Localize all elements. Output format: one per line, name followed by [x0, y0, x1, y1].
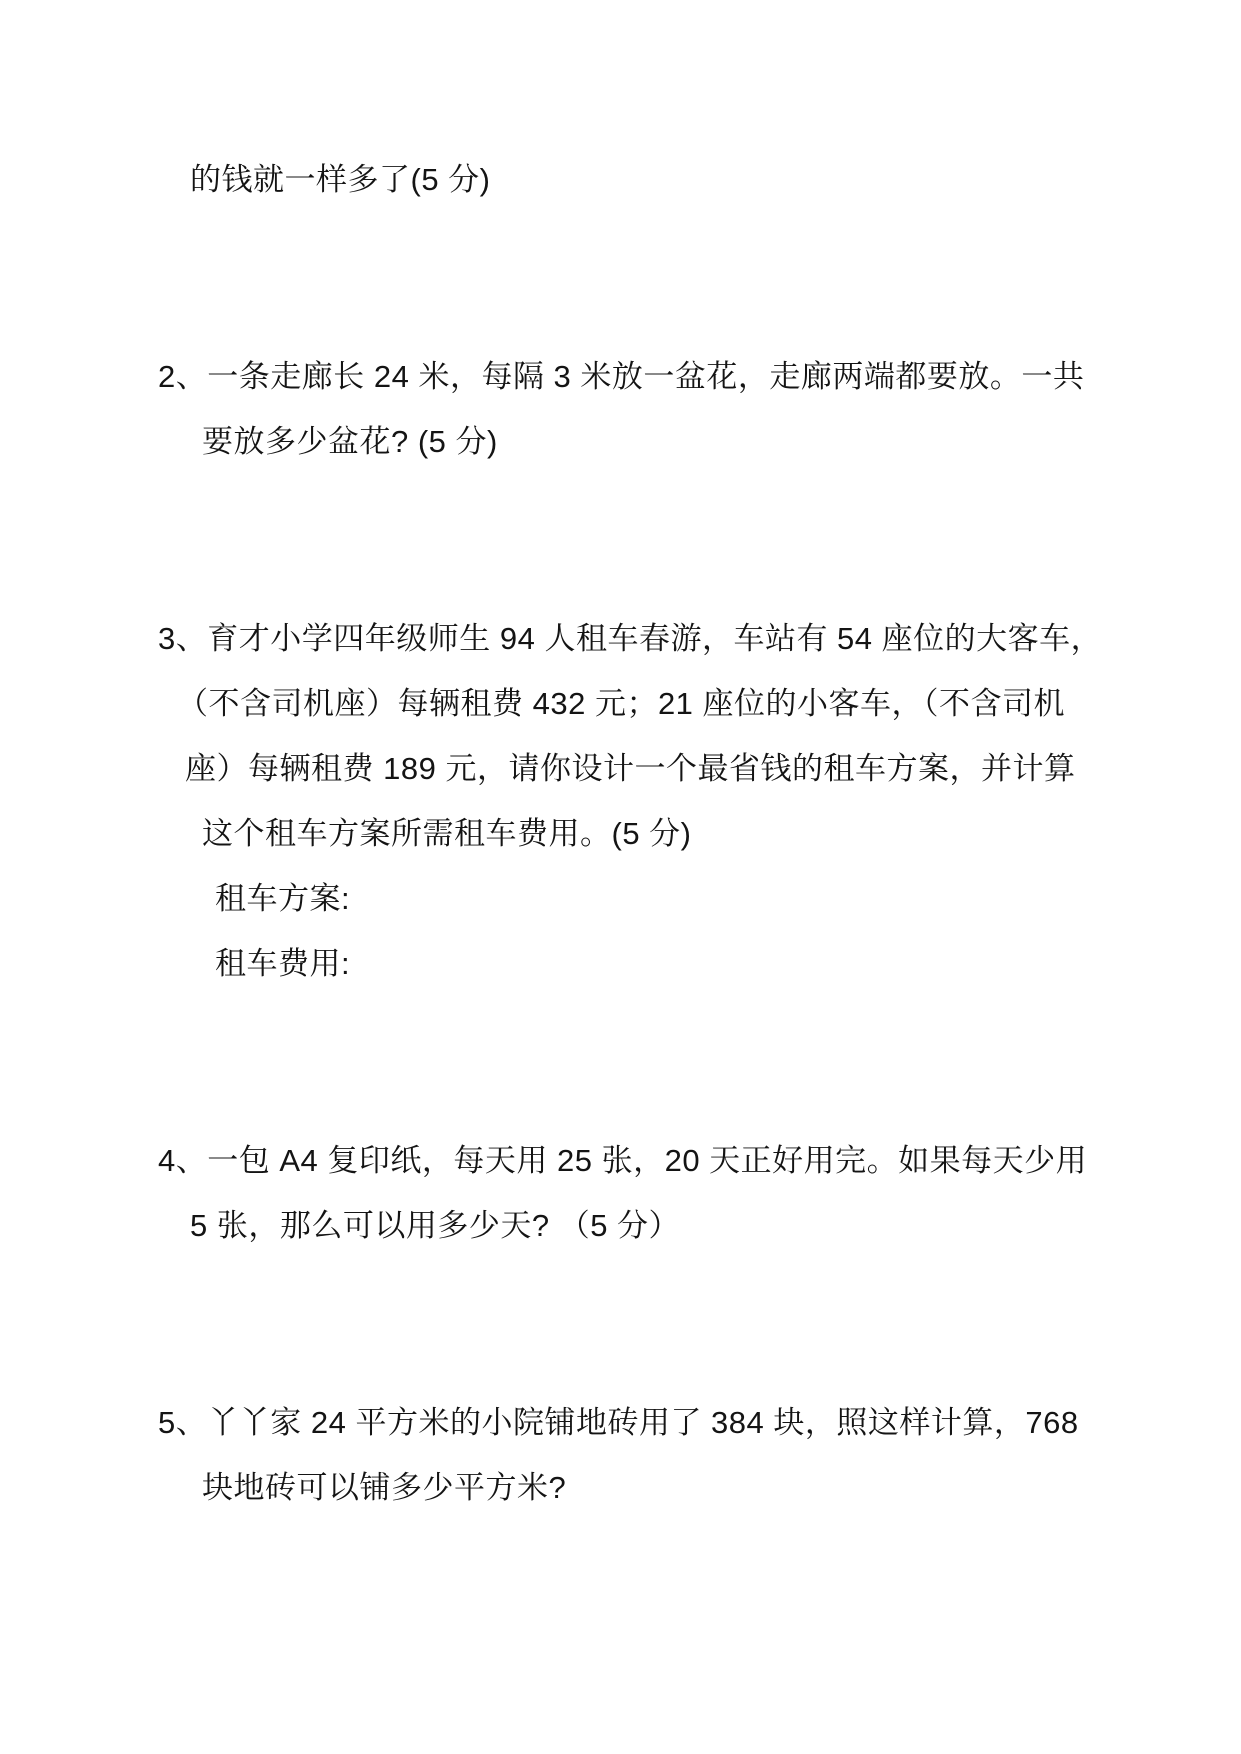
question-3-answer-label-plan: 租车方案:	[215, 866, 1241, 931]
question-3-line-1: 3、育才小学四年级师生 94 人租车春游，车站有 54 座位的大客车，	[158, 606, 1241, 671]
question-3-line-4: 这个租车方案所需租车费用。(5 分)	[202, 801, 1241, 866]
question-3-answer-label-cost: 租车费用:	[215, 931, 1241, 996]
worksheet-page: 的钱就一样多了(5 分) 2、一条走廊长 24 米，每隔 3 米放一盆花，走廊两…	[0, 0, 1241, 1754]
question-4-line-1: 4、一包 A4 复印纸，每天用 25 张，20 天正好用完。如果每天少用	[158, 1128, 1241, 1193]
question-1-tail-line: 的钱就一样多了(5 分)	[190, 147, 1241, 212]
question-2-line-2: 要放多少盆花? (5 分)	[202, 409, 1241, 474]
question-2-line-1: 2、一条走廊长 24 米，每隔 3 米放一盆花，走廊两端都要放。一共	[158, 344, 1241, 409]
question-5-line-2: 块地砖可以铺多少平方米?	[202, 1455, 1241, 1520]
question-3-line-3: 座）每辆租费 189 元，请你设计一个最省钱的租车方案，并计算	[185, 736, 1241, 801]
question-4-line-2: 5 张，那么可以用多少天? （5 分）	[190, 1193, 1241, 1258]
question-3-line-2: （不含司机座）每辆租费 432 元；21 座位的小客车，（不含司机	[177, 671, 1241, 736]
question-5-line-1: 5、丫丫家 24 平方米的小院铺地砖用了 384 块，照这样计算，768	[158, 1390, 1241, 1455]
